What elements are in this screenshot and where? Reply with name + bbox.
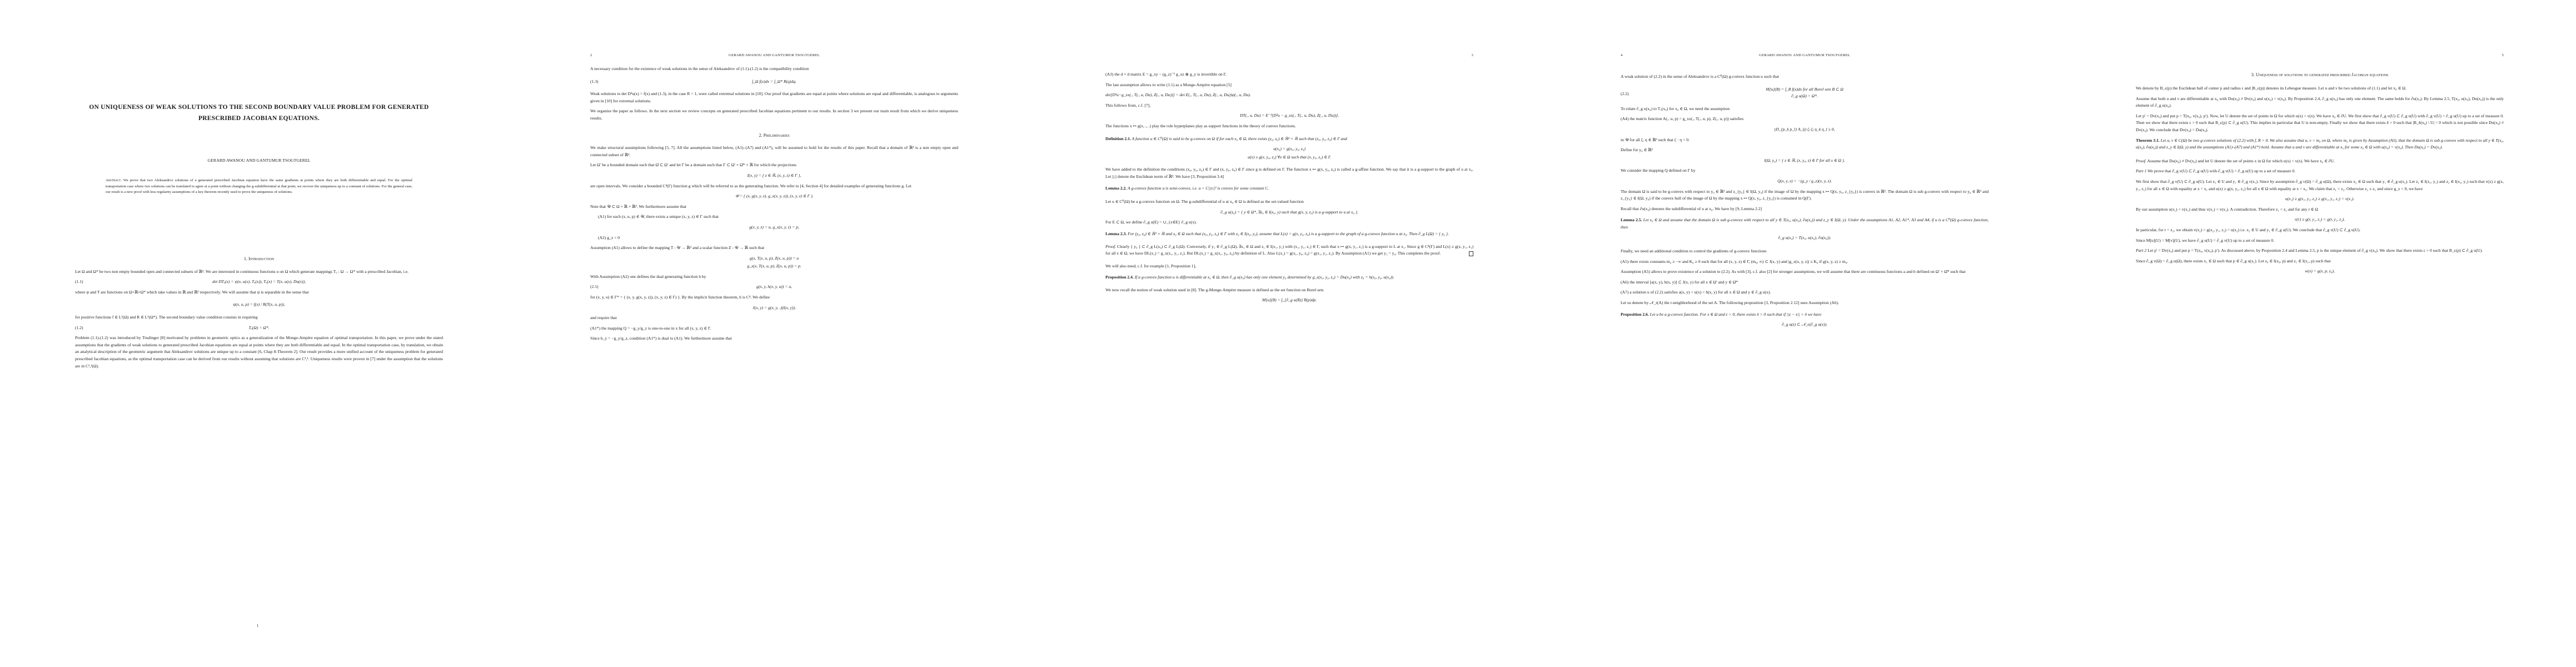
proof-part-1: Part 1 We prove that ∂_g v(U) ⊂ ∂_g u(U)… bbox=[2136, 168, 2504, 175]
proof-theorem-3-1: Proof. Assume that Du(x₀) ≠ Dv(x₀) and l… bbox=[2136, 158, 2504, 165]
equation-text: DT(., u, Du) = E⁻¹[D²u − g_xx(., T(., u,… bbox=[1240, 113, 1339, 118]
proof-text: Assume that Du(x₀) ≠ Dv(x₀) and let U de… bbox=[2147, 158, 2335, 163]
equation-q: Q(x, y, z) = −(g_y / g_z)(x, y, z). bbox=[1621, 178, 1989, 185]
qed-box-icon bbox=[1469, 251, 1473, 256]
equation-text: ψ(x, u, p) = f(x) / R(T(x, u, p)), bbox=[233, 302, 285, 307]
page-2-body: A necessary condition for the existence … bbox=[590, 66, 958, 346]
equation-number: (2.1) bbox=[590, 283, 599, 291]
running-header-text: GERARD AWANOU AND GANTUMUR TSOGTGEREL bbox=[1621, 53, 1989, 57]
equation-line-2: ∂_g u(Ω) = Ω*. bbox=[1621, 93, 1989, 100]
paragraph: Let Ω′ be a bounded domain such that Ω̄ … bbox=[590, 162, 958, 169]
theorem-label: Theorem 3.1. bbox=[2136, 138, 2160, 143]
paragraph: Problem (1.1)-(1.2) was introduced by Tr… bbox=[75, 335, 443, 370]
paragraph: for positive functions f ∈ L¹(Ω) and R ∈… bbox=[75, 314, 443, 321]
paragraph: A necessary condition for the existence … bbox=[590, 66, 958, 73]
equation-line-1: M[u](B) = ∫_B f(x)dx for all Borel sets … bbox=[1621, 86, 1989, 93]
equation-text: w(x) = g(x, p, z₀), bbox=[2305, 268, 2335, 273]
lemma-label: Lemma 2.3. bbox=[1105, 231, 1127, 236]
proposition-label: Proposition 2.4. bbox=[1105, 275, 1134, 280]
equation-text: Q(x, y, z) = −(g_y / g_z)(x, y, z). bbox=[1777, 178, 1832, 183]
equation-a1: g(x, y, z) = u, g_x(x, y, z) = p, bbox=[590, 224, 958, 231]
part-text: Let p′ = Dv(x₀) and put p = T(x₀, v(x₀),… bbox=[2148, 248, 2483, 253]
equation-text: u(x) ≥ g(x, y₀, z₀) ∀x ∈ Ω such that (x,… bbox=[1248, 155, 1331, 160]
page-2: 2 GERARD AWANOU AND GANTUMUR TSOGTGEREL … bbox=[515, 0, 1030, 667]
paragraph: Finally, we need an additional condition… bbox=[1621, 248, 1989, 255]
page-4-body: A weak solution of (2.2) in the sense of… bbox=[1621, 73, 1989, 332]
part-text: We prove that ∂_g v(U) ⊂ ∂_g u(U) with ∂… bbox=[2148, 168, 2295, 173]
paragraph: We make structural assumptions following… bbox=[590, 145, 958, 158]
paragraph: Define for y₀ ∈ ℝᵈ bbox=[1621, 147, 1989, 154]
theorem-text: Let u, v ∈ C(Ω) be two g-convex solution… bbox=[2136, 138, 2504, 150]
equation-2-1: (2.1) g(x, y, h(x, y, u)) = u, bbox=[590, 283, 958, 291]
equation-1-1: (1.1) det DTᵤ(x) = ψ(x, u(x), Tᵤ(x)), Tᵤ… bbox=[75, 278, 443, 286]
equation-text: 𝒰 = { (x, g(x, y, z), g_x(x, y, z)), (x,… bbox=[735, 193, 814, 198]
equation-j: J(x, y) = g(x, y, .)(I(x, y)), bbox=[590, 305, 958, 312]
lemma-2-5: Lemma 2.5. Let x₀ ∈ Ω and assume that th… bbox=[1621, 217, 1989, 231]
proof-label: Proof. bbox=[2136, 158, 2146, 163]
equation-number: (1.1) bbox=[75, 278, 83, 286]
paragraph: We first show that ∂_g v(U) ⊂ ∂_g u(U). … bbox=[2136, 178, 2504, 192]
definition-text: A function u ∈ C⁰(Ω) is said to be g-con… bbox=[1132, 136, 1347, 141]
assumption-a6: (A6) the interval [a(x, y), b(x, y)] ⊂ J… bbox=[1621, 279, 1989, 286]
assumption-a2: (A2) g_z < 0 bbox=[590, 235, 958, 242]
lemma-label: Lemma 2.2. bbox=[1105, 186, 1127, 191]
equation-number: (1.3) bbox=[590, 78, 599, 86]
equation-lemma-2-5: ∂_g u(x₀) = T(x₀, u(x₀), ∂u(x₀)). bbox=[1621, 235, 1989, 242]
section-heading-uniqueness: 3. Uniqueness of solutions to generated … bbox=[2153, 71, 2487, 78]
paragraph: To relate ∂_g u(x₀) to Tᵤ(x₀) for x₀ ∈ Ω… bbox=[1621, 106, 1989, 113]
equation-subdifferential: ∂_g u(x₀) = { y ∈ Ω*, ∃z₀ ∈ I(x₀, y) suc… bbox=[1105, 209, 1473, 216]
abstract-label: Abstract. bbox=[106, 178, 122, 182]
paragraph: Let Ω and Ω* be two non empty bounded op… bbox=[75, 268, 443, 276]
lemma-2-3: Lemma 2.3. For (y₀, z₀) ∈ ℝᵈ × ℝ and x₀ … bbox=[1105, 231, 1473, 238]
paragraph: Let us denote by 𝒩_r(A) the r-neighborho… bbox=[1621, 300, 1989, 307]
equation-v-r: v(r) ≥ g(r, y₁, z₁) > g(r, y₁, z₂). bbox=[2136, 216, 2504, 223]
equation-tz-2: g_x(x, T(x, u, p), Z(x, u, p)) = p. bbox=[590, 263, 958, 270]
paragraph: By our assumption u(x₁) < v(x₁) and thus… bbox=[2136, 206, 2504, 213]
page-5: 5 3. Uniqueness of solutions to generate… bbox=[2061, 0, 2576, 667]
equation-text: Tᵤ(Ω) = Ω*. bbox=[248, 325, 269, 330]
paragraph: We organize the paper as follows. In the… bbox=[590, 108, 958, 122]
paragraph: Assumption (A5) allows to prove existenc… bbox=[1621, 268, 1989, 276]
equation-text: ∫_Ω f(x)dx = ∫_Ω* R(q)dq. bbox=[752, 79, 796, 84]
page-4: 4 GERARD AWANOU AND GANTUMUR TSOGTGEREL … bbox=[1546, 0, 2061, 667]
definition-eq-1: u(x₀) = g(x₀, y₀, z₀) bbox=[1105, 146, 1473, 153]
section-heading-introduction: 1. Introduction bbox=[75, 256, 443, 263]
paragraph: Assume that both u and v are differentia… bbox=[2136, 96, 2504, 109]
page-5-body: 3. Uniqueness of solutions to generated … bbox=[2136, 71, 2504, 278]
paragraph: We will also need, c.f. for example [1, … bbox=[1105, 263, 1473, 270]
equation-1-3: (1.3) ∫_Ω f(x)dx = ∫_Ω* R(q)dq. bbox=[590, 78, 958, 86]
equation-dt: DT(., u, Du) = E⁻¹[D²u − g_xx(., T(., u,… bbox=[1105, 112, 1473, 120]
paragraph: For E ⊂ Ω, we define ∂_g u(E) = ∪_{x∈E} … bbox=[1105, 219, 1473, 226]
paragraph: We denote by B_ϵ(p) the Euclidean ball o… bbox=[2136, 85, 2504, 92]
lemma-label: Lemma 2.5. bbox=[1621, 217, 1642, 222]
definition-2-1: Definition 2.1. A function u ∈ C⁰(Ω) is … bbox=[1105, 136, 1473, 143]
lemma-2-2: Lemma 2.2. A g-convex function u is semi… bbox=[1105, 185, 1473, 192]
paragraph: Weak solutions to det D²u(x) = f(x) and … bbox=[590, 91, 958, 104]
paragraph: Since M[u](U) = M[v](U), we have ∂_g u(U… bbox=[2136, 237, 2504, 245]
equation-text: J(x, y) = g(x, y, .)(I(x, y)), bbox=[753, 305, 796, 310]
assumption-a7: (A7) a solution u of (2.2) satisfies a(x… bbox=[1621, 289, 1989, 296]
paragraph: The domain Ω is said to be g-convex with… bbox=[1621, 188, 1989, 202]
equation-monge-ampere-measure: M[u](B) = ∫_{∂_g u(B)} R(p)dp. bbox=[1105, 297, 1473, 304]
proof-label: Proof. bbox=[1105, 244, 1116, 249]
equation-tz-1: g(x, T(x, u, p), Z(x, u, p)) = u bbox=[590, 255, 958, 262]
proposition-text: If a g-convex function u is differentiab… bbox=[1135, 275, 1394, 280]
equation-a4: (D_{p_k p_l} A_ij) ζᵢ ζⱼ η_k η_l ≥ 0, bbox=[1621, 126, 1989, 133]
paragraph: In particular, for r = x₂, we obtain v(x… bbox=[2136, 227, 2504, 234]
proof-text: Clearly { y₀ } ⊂ ∂_g L(x₀) ⊂ ∂_g L(Ω). C… bbox=[1105, 244, 1473, 256]
paragraph: Note that 𝒰 ⊂ Ω × ℝ × ℝᵈ. We furthermore… bbox=[590, 203, 958, 211]
lemma-text: A g-convex function u is semi-convex, i.… bbox=[1128, 186, 1269, 191]
equation-text: g_x(x, T(x, u, p), Z(x, u, p)) = p. bbox=[747, 263, 801, 268]
assumption-a1-star: (A1*) the mapping Q = −g_y/g_z is one-to… bbox=[590, 325, 958, 332]
paragraph: Since ∂_g v(Ω) = ∂_g u(Ω), there exists … bbox=[2136, 258, 2504, 265]
paragraph: The last assumption allows to write (1.1… bbox=[1105, 82, 1473, 89]
equation-text: u(x₁) ≥ g(x₁, y₁, z₂) ≥ g(x₁, y₁, z₁) = … bbox=[2285, 196, 2354, 201]
part-label: Part 2 bbox=[2136, 248, 2146, 253]
assumption-a3: (A3) the d × d matrix E = g_xy − (g_z)⁻¹… bbox=[1105, 71, 1473, 78]
equation-text: I(x, y) = { z ∈ ℝ, (x, y, z) ∈ Γ }, bbox=[748, 173, 801, 178]
paragraph: We now recall the notion of weak solutio… bbox=[1105, 287, 1473, 294]
page-number: 3 bbox=[1472, 53, 1474, 57]
theorem-3-1: Theorem 3.1. Let u, v ∈ C(Ω) be two g-co… bbox=[2136, 137, 2504, 151]
equation-number: (2.2) bbox=[1621, 91, 1629, 98]
paragraph: Recall that ∂u(x₀) denotes the subdiffer… bbox=[1621, 206, 1989, 213]
paragraph: and require that bbox=[590, 315, 958, 322]
equation-text: u(x₀) = g(x₀, y₀, z₀) bbox=[1273, 146, 1306, 151]
proposition-label: Proposition 2.6. bbox=[1621, 312, 1649, 317]
equation-psi: ψ(x, u, p) = f(x) / R(T(x, u, p)), bbox=[75, 301, 443, 308]
paragraph: in 𝒰 for all ζ, η ∈ ℝᵈ such that ζ · η =… bbox=[1621, 137, 1989, 144]
equation-w: w(x) = g(x, p, z₀), bbox=[2136, 268, 2504, 275]
proof-lemma-2-3: Proof. Clearly { y₀ } ⊂ ∂_g L(x₀) ⊂ ∂_g … bbox=[1105, 243, 1473, 257]
paragraph: for (x, y, u) ∈ Γ* = { (x, y, g(x, y, z)… bbox=[590, 294, 958, 301]
paragraph: Since h_y = −g_y/g_z, condition (A1*) is… bbox=[590, 335, 958, 342]
equation-text: I(Ω, y₀) = { z ∈ ℝ, (x, y₀, z) ∈ Γ for a… bbox=[1764, 158, 1845, 163]
equation-text: ∂_g u(x₀) = { y ∈ Ω*, ∃z₀ ∈ I(x₀, y) suc… bbox=[1220, 210, 1358, 215]
proposition-2-6: Proposition 2.6. Let u be a g-convex fun… bbox=[1621, 311, 1989, 318]
definition-label: Definition 2.1. bbox=[1105, 136, 1131, 141]
equation-i-omega: I(Ω, y₀) = { z ∈ ℝ, (x, y₀, z) ∈ Γ for a… bbox=[1621, 157, 1989, 165]
lemma-text: Let x₀ ∈ Ω and assume that the domain Ω … bbox=[1621, 217, 1989, 230]
paragraph: Assumption (A1) allows to define the map… bbox=[590, 245, 958, 252]
equation-contradiction: u(x₁) ≥ g(x₁, y₁, z₂) ≥ g(x₁, y₁, z₁) = … bbox=[2136, 196, 2504, 203]
paragraph: We consider the mapping Q defined on Γ b… bbox=[1621, 167, 1989, 175]
assumption-a5: (A5) there exists constants m₀ ≥ −∞ and … bbox=[1621, 258, 1989, 266]
paragraph: This follows from, c.f. [7], bbox=[1105, 102, 1473, 109]
equation-prop-2-6: ∂_g u(z) ⊂ 𝒩_ϵ(∂_g u(x)). bbox=[1621, 321, 1989, 328]
paragraph: Let p′ = Dv(x₀) and put p = T(x₀, v(x₀),… bbox=[2136, 113, 2504, 134]
equation-text: ∂_g u(x₀) = T(x₀, u(x₀), ∂u(x₀)). bbox=[1778, 235, 1831, 240]
lemma-text: For (y₀, z₀) ∈ ℝᵈ × ℝ and x₀ ∈ Ω such th… bbox=[1128, 231, 1449, 236]
equation-text: ∂_g u(z) ⊂ 𝒩_ϵ(∂_g u(x)). bbox=[1782, 322, 1827, 327]
proof-part-2: Part 2 Let p′ = Dv(x₀) and put p = T(x₀,… bbox=[2136, 247, 2504, 255]
page-3: 3 (A3) the d × d matrix E = g_xy − (g_z)… bbox=[1030, 0, 1546, 667]
paragraph: are open intervals. We consider a bounde… bbox=[590, 183, 958, 190]
equation-monge-ampere: det[D²u−g_xx(., T(., u, Du), Z(., u, Du)… bbox=[1105, 92, 1473, 99]
running-header-text: GERARD AWANOU AND GANTUMUR TSOGTGEREL bbox=[590, 53, 958, 57]
equation-number: (1.2) bbox=[75, 325, 83, 332]
paper-authors: GERARD AWANOU AND GANTUMUR TSOGTGEREL bbox=[75, 158, 443, 163]
paragraph: We have added to the definition the cond… bbox=[1105, 166, 1473, 180]
equation-1-2: (1.2) Tᵤ(Ω) = Ω*. bbox=[75, 325, 443, 332]
definition-eq-2: u(x) ≥ g(x, y₀, z₀) ∀x ∈ Ω such that (x,… bbox=[1105, 154, 1473, 161]
equation-2-2: (2.2) M[u](B) = ∫_B f(x)dx for all Borel… bbox=[1621, 86, 1989, 100]
proposition-text: Let u be a g-convex function. For x ∈ Ω … bbox=[1650, 312, 1822, 317]
equation-text: M[u](B) = ∫_{∂_g u(B)} R(p)dp. bbox=[1262, 297, 1317, 302]
page-3-body: (A3) the d × d matrix E = g_xy − (g_z)⁻¹… bbox=[1105, 71, 1473, 307]
page-1-body: 1. Introduction Let Ω and Ω* be two non … bbox=[75, 250, 443, 373]
equation-u-set: 𝒰 = { (x, g(x, y, z), g_x(x, y, z)), (x,… bbox=[590, 193, 958, 200]
section-heading-preliminaries: 2. Preliminaries bbox=[590, 132, 958, 140]
page-number: 1 bbox=[0, 624, 515, 628]
proposition-2-4: Proposition 2.4. If a g-convex function … bbox=[1105, 274, 1473, 281]
page-number: 5 bbox=[2502, 53, 2504, 57]
equation-text: g(x, y, z) = u, g_x(x, y, z) = p, bbox=[749, 225, 799, 230]
paragraph: The functions x ↦ g(x, ., .) play the ro… bbox=[1105, 123, 1473, 130]
assumption-a4: (A4) the matrix function A(., u, p) = g_… bbox=[1621, 116, 1989, 123]
equation-text: g(x, T(x, u, p), Z(x, u, p)) = u bbox=[750, 256, 799, 261]
assumption-a1: (A1) for each (x, u, p) ∈ 𝒰, there exist… bbox=[590, 213, 958, 221]
paragraph: With Assumption (A2) one defines the dua… bbox=[590, 273, 958, 281]
equation-text: g(x, y, h(x, y, u)) = u, bbox=[756, 284, 792, 289]
abstract: Abstract. We prove that two Aleksandrov … bbox=[106, 178, 412, 196]
abstract-text: We prove that two Aleksandrov solutions … bbox=[106, 178, 412, 194]
equation-text: det DTᵤ(x) = ψ(x, u(x), Tᵤ(x)), Tᵤ(x) = … bbox=[212, 279, 306, 284]
paragraph: where ψ and T are functions on Ω×ℝ×Ω* wh… bbox=[75, 289, 443, 296]
equation-projections: I(x, y) = { z ∈ ℝ, (x, y, z) ∈ Γ }, bbox=[590, 172, 958, 180]
equation-text: v(r) ≥ g(r, y₁, z₁) > g(r, y₁, z₂). bbox=[2295, 217, 2345, 222]
paragraph: A weak solution of (2.2) in the sense of… bbox=[1621, 73, 1989, 81]
page-1: ON UNIQUENESS OF WEAK SOLUTIONS TO THE S… bbox=[0, 0, 515, 667]
equation-text: (D_{p_k p_l} A_ij) ζᵢ ζⱼ η_k η_l ≥ 0, bbox=[1775, 127, 1835, 132]
paragraph: Let u ∈ C⁰(Ω) be a g-convex function on … bbox=[1105, 198, 1473, 206]
paper-title: ON UNIQUENESS OF WEAK SOLUTIONS TO THE S… bbox=[75, 102, 443, 124]
part-label: Part 1 bbox=[2136, 168, 2146, 173]
